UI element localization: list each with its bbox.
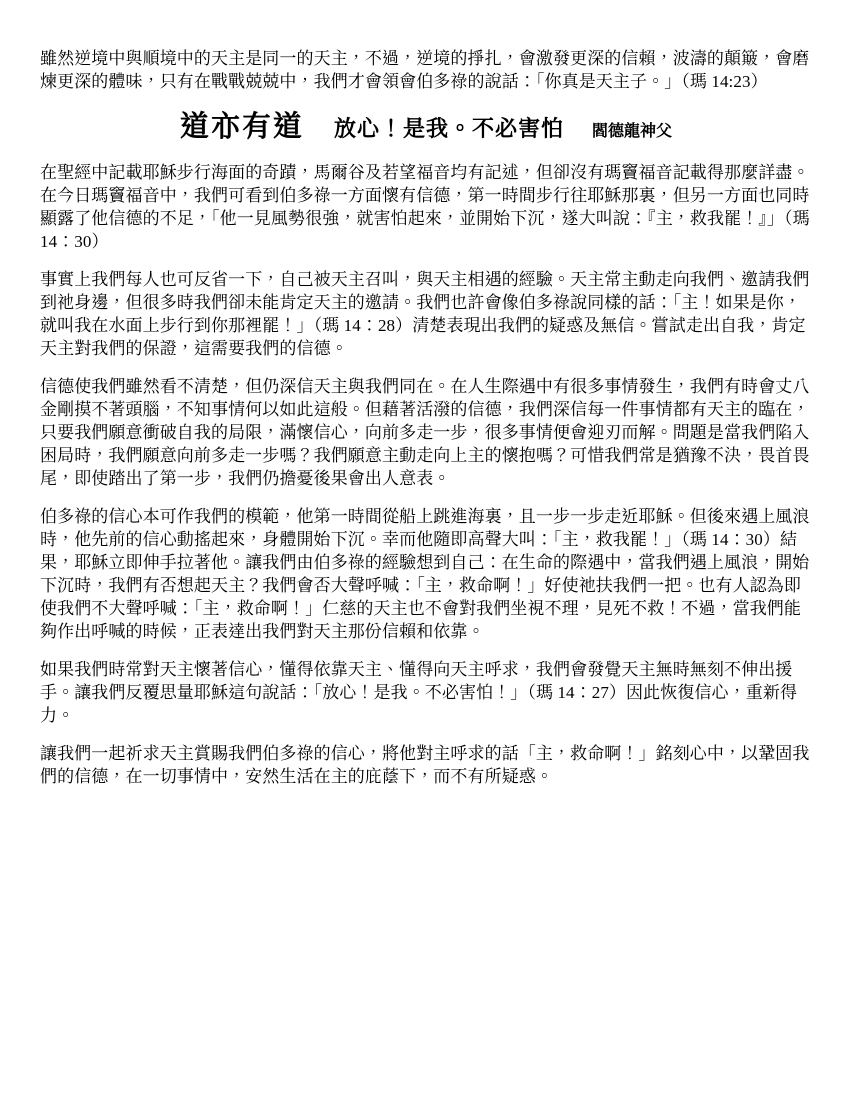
article-paragraph: 如果我們時常對天主懷著信心，懂得依靠天主、懂得向天主呼求，我們會發覺天主無時無刻… [40,658,812,727]
document-page: 雖然逆境中與順境中的天主是同一的天主，不過，逆境的掙扎，會激發更深的信賴，波濤的… [0,0,850,1100]
article-title: 道亦有道 放心！是我。不必害怕 閻德龍神父 [40,108,812,151]
column-name: 道亦有道 [180,111,304,143]
author-name: 閻德龍神父 [592,123,672,140]
article-paragraph: 在聖經中記載耶穌步行海面的奇蹟，馬爾谷及若望福音均有記述，但卻沒有瑪竇福音記載得… [40,161,812,253]
article-paragraph: 信德使我們雖然看不清楚，但仍深信天主與我們同在。在人生際遇中有很多事情發生，我們… [40,375,812,490]
article-paragraph: 讓我們一起祈求天主賞賜我們伯多祿的信心，將他對主呼求的話「主，救命啊！」銘刻心中… [40,742,812,788]
intro-paragraph: 雖然逆境中與順境中的天主是同一的天主，不過，逆境的掙扎，會激發更深的信賴，波濤的… [40,47,812,93]
article-paragraph: 事實上我們每人也可反省一下，自己被天主召叫，與天主相遇的經驗。天主常主動走向我們… [40,268,812,360]
article-headline: 放心！是我。不必害怕 [334,116,564,141]
article-paragraph: 伯多祿的信心本可作我們的模範，他第一時間從船上跳進海裏，且一步一步走近耶穌。但後… [40,505,812,643]
